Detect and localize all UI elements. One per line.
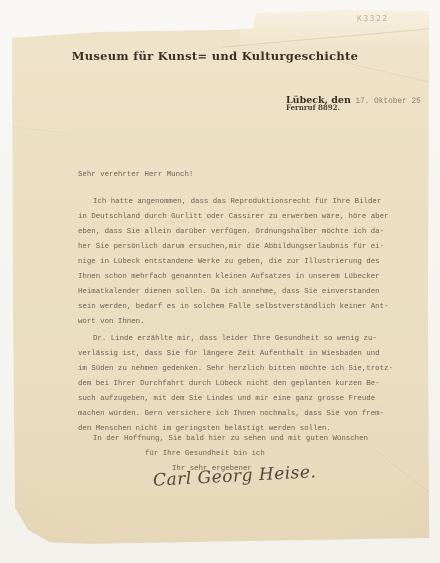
archive-mark: K3322 [357,14,389,24]
paper-fold-highlight [240,10,430,52]
paper-crease [375,449,440,509]
phone-line: Fernruf 8892. [286,103,340,112]
dateline-typed-date: 17. Oktober 25 [355,98,421,106]
letterhead-title: Museum für Kunst= und Kulturgeschichte [65,49,365,63]
paper-crease [4,124,70,134]
salutation: Sehr verehrter Herr Munch! [78,171,193,179]
letter-paper: K3322 Museum für Kunst= und Kulturgeschi… [10,10,430,546]
paragraph-1: Ich hatte angenommen, dass das Reprodukt… [78,195,408,330]
closing-line-1: In der Hoffnung, Sie bald hier zu sehen … [78,435,368,443]
paragraph-2: Dr. Linde erzählte mir, dass leider Ihre… [78,332,408,437]
closing-line-2: für Ihre Gesundheit bin ich [145,450,265,458]
paper-crease [222,27,437,48]
